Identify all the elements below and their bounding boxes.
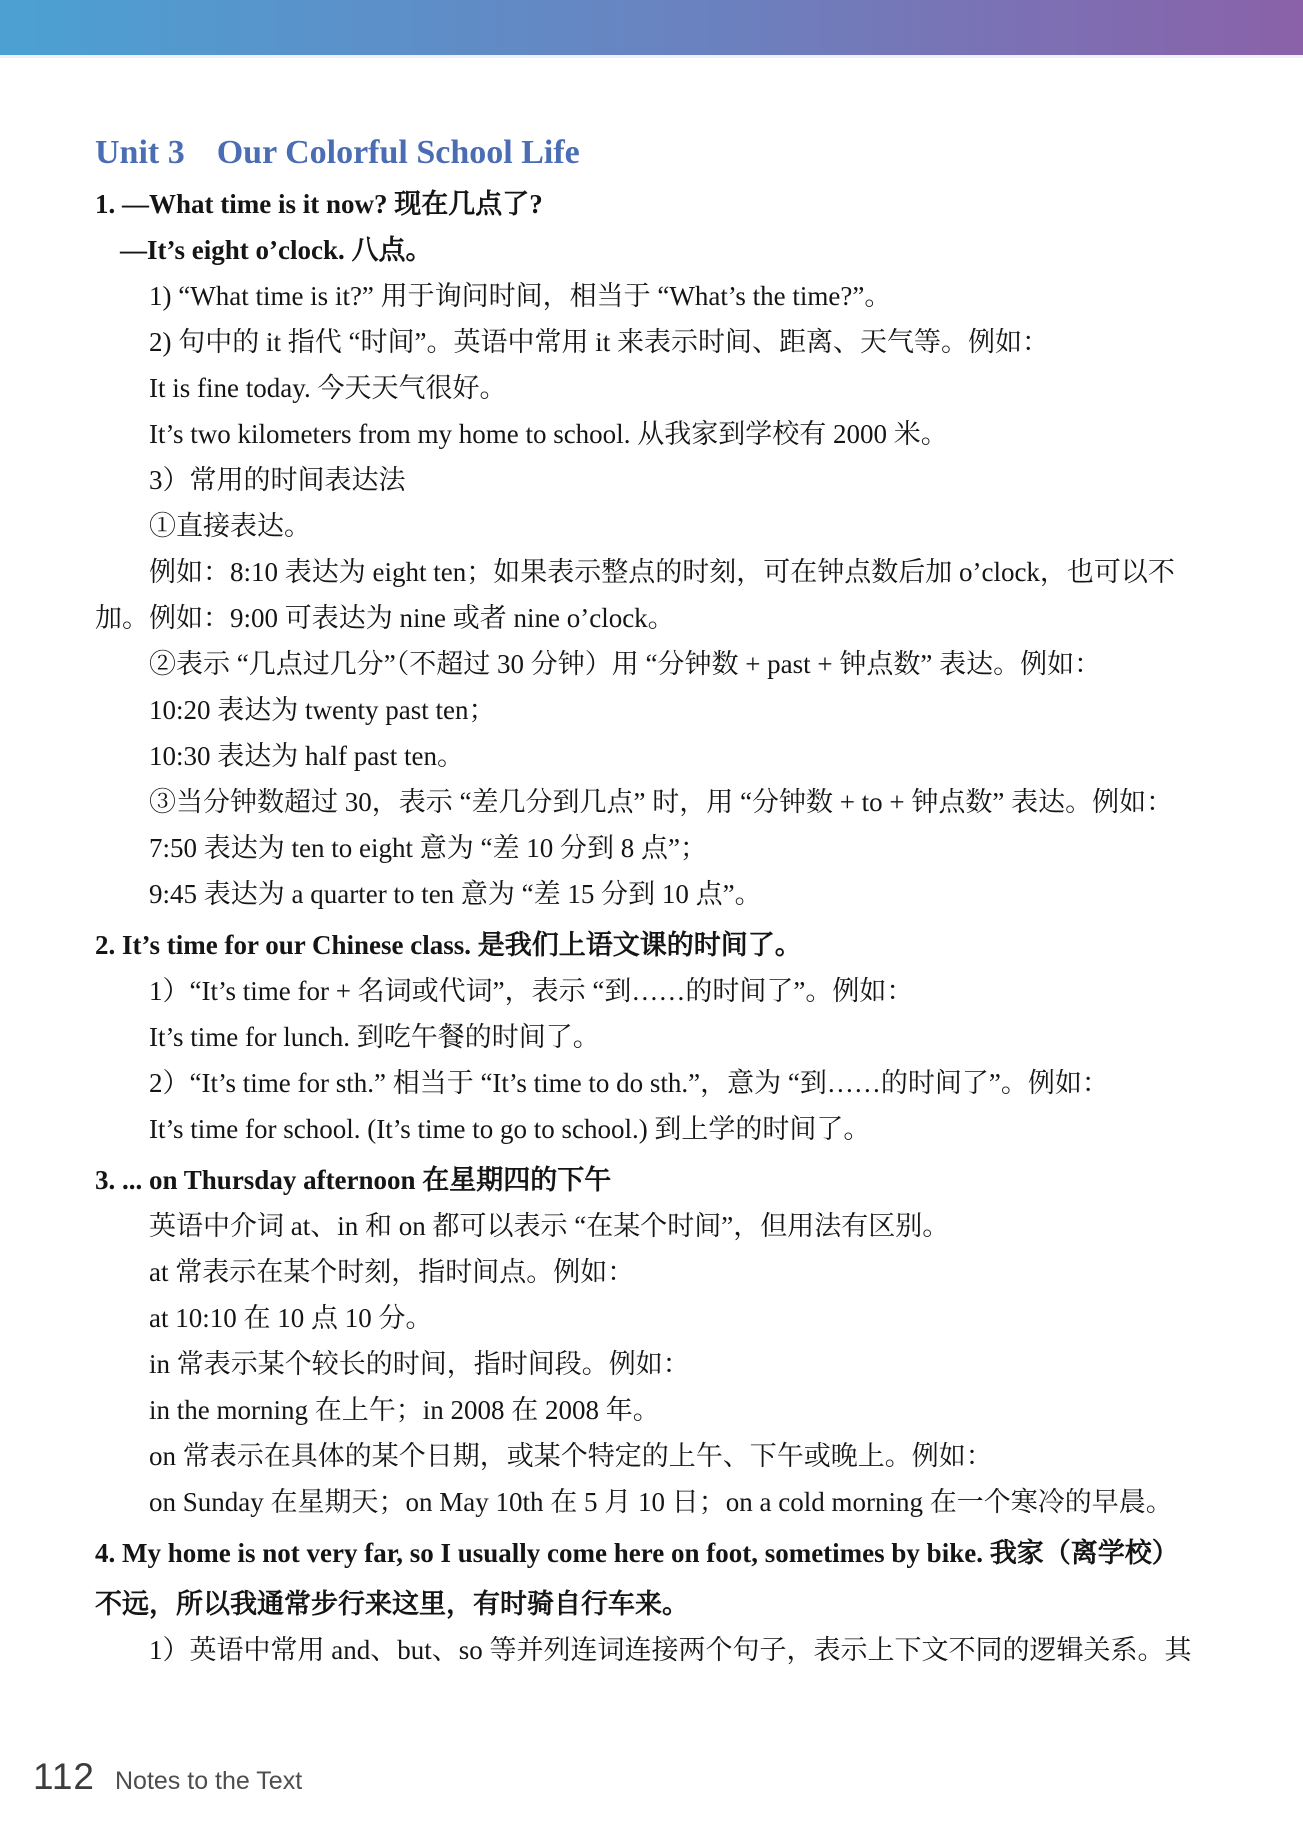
note-line: 加。例如：9:00 可表达为 nine 或者 nine o’clock。 xyxy=(95,595,1217,641)
footer-section-label: Notes to the Text xyxy=(115,1767,302,1796)
note-line: It is fine today. 今天天气很好。 xyxy=(95,365,1217,411)
note-line: in the morning 在上午；in 2008 在 2008 年。 xyxy=(95,1387,1217,1433)
note-line: 3）常用的时间表达法 xyxy=(95,457,1217,503)
note-line: It’s two kilometers from my home to scho… xyxy=(95,411,1217,457)
note-line: 不远，所以我通常步行来这里，有时骑自行车来。 xyxy=(95,1581,1217,1627)
note-line: 2) 句中的 it 指代 “时间”。英语中常用 it 来表示时间、距离、天气等。… xyxy=(95,319,1217,365)
note-line: It’s time for school. (It’s time to go t… xyxy=(95,1106,1217,1152)
note-line: 1) “What time is it?” 用于询问时间，相当于 “What’s… xyxy=(95,273,1217,319)
note-line: It’s time for lunch. 到吃午餐的时间了。 xyxy=(95,1014,1217,1060)
note-line: 10:20 表达为 twenty past ten； xyxy=(95,687,1217,733)
note-line: 英语中介词 at、in 和 on 都可以表示 “在某个时间”，但用法有区别。 xyxy=(95,1203,1217,1249)
note-line: 1）英语中常用 and、but、so 等并列连词连接两个句子，表示上下文不同的逻… xyxy=(95,1627,1217,1673)
note-line: 2. It’s time for our Chinese class. 是我们上… xyxy=(95,922,1217,968)
note-line: in 常表示某个较长的时间，指时间段。例如： xyxy=(95,1341,1217,1387)
note-line: 10:30 表达为 half past ten。 xyxy=(95,733,1217,779)
note-line: ①直接表达。 xyxy=(95,503,1217,549)
unit-label: Unit 3 xyxy=(95,134,185,171)
note-line: 1）“It’s time for + 名词或代词”，表示 “到……的时间了”。例… xyxy=(95,968,1217,1014)
notes-body: 1. —What time is it now? 现在几点了?—It’s eig… xyxy=(95,181,1217,1673)
note-line: ③当分钟数超过 30，表示 “差几分到几点” 时，用 “分钟数 + to + 钟… xyxy=(95,779,1217,825)
note-line: at 10:10 在 10 点 10 分。 xyxy=(95,1295,1217,1341)
unit-title-text: Our Colorful School Life xyxy=(217,134,580,171)
page-number: 112 xyxy=(33,1756,95,1798)
note-line: 3. ... on Thursday afternoon 在星期四的下午 xyxy=(95,1157,1217,1203)
note-line: 7:50 表达为 ten to eight 意为 “差 10 分到 8 点”； xyxy=(95,825,1217,871)
note-line: on Sunday 在星期天；on May 10th 在 5 月 10 日；on… xyxy=(95,1479,1217,1525)
note-line: 例如：8:10 表达为 eight ten；如果表示整点的时刻，可在钟点数后加 … xyxy=(95,549,1217,595)
note-line: —It’s eight o’clock. 八点。 xyxy=(95,227,1217,273)
note-line: on 常表示在具体的某个日期，或某个特定的上午、下午或晚上。例如： xyxy=(95,1433,1217,1479)
note-line: ②表示 “几点过几分”（不超过 30 分钟）用 “分钟数 + past + 钟点… xyxy=(95,641,1217,687)
notes-page-content: Unit 3Our Colorful School Life 1. —What … xyxy=(95,57,1217,1673)
page-header-gradient-bar xyxy=(0,0,1303,58)
note-line: 1. —What time is it now? 现在几点了? xyxy=(95,181,1217,227)
page-footer: 112 Notes to the Text xyxy=(33,1756,302,1798)
note-line: at 常表示在某个时刻，指时间点。例如： xyxy=(95,1249,1217,1295)
page-title: Unit 3Our Colorful School Life xyxy=(95,57,1217,173)
note-line: 4. My home is not very far, so I usually… xyxy=(95,1530,1217,1576)
note-line: 2）“It’s time for sth.” 相当于 “It’s time to… xyxy=(95,1060,1217,1106)
note-line: 9:45 表达为 a quarter to ten 意为 “差 15 分到 10… xyxy=(95,871,1217,917)
